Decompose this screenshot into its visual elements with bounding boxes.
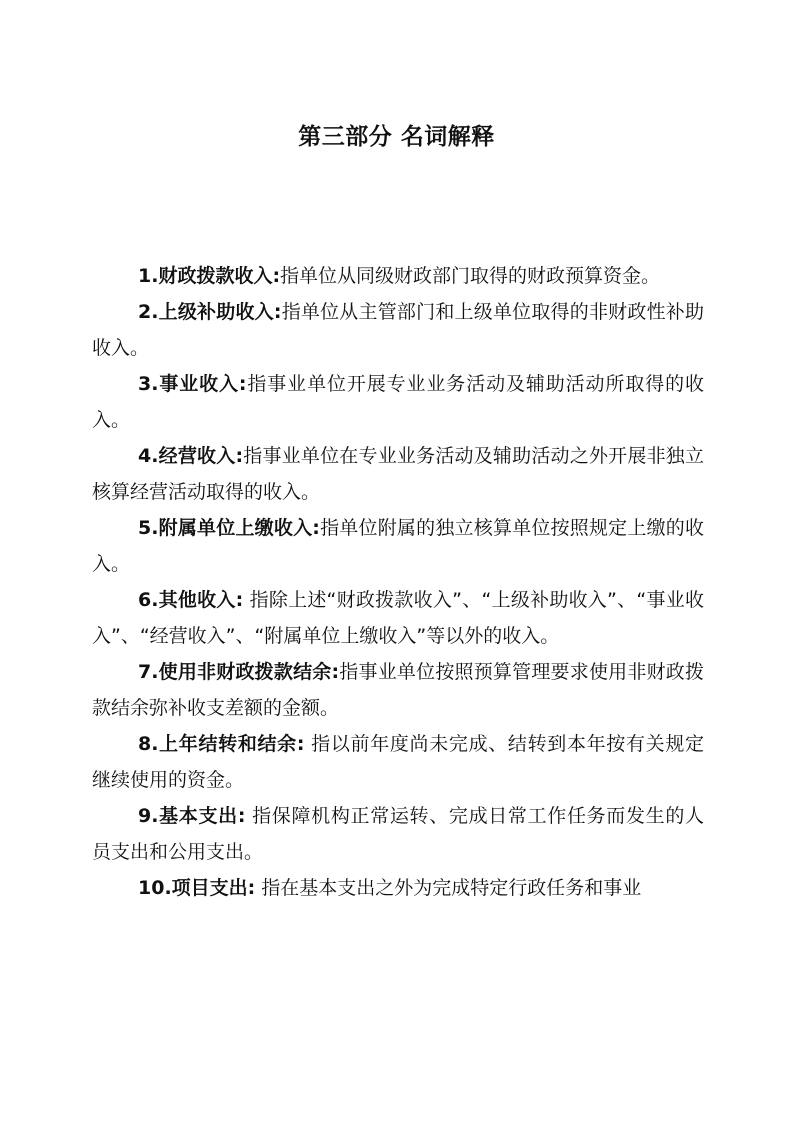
term-label: 10.项目支出: [138,877,255,899]
term-label: 4.经营收入: [138,445,243,467]
term-label: 6.其他收入: [138,589,243,611]
term-label: 5.附属单位上缴收入: [138,517,320,539]
term-label: 8.上年结转和结余: [138,733,304,755]
definition-item: 7.使用非财政拨款结余:指事业单位按照预算管理要求使用非财政拨款结余弥补收支差额… [92,654,704,726]
page-title: 第三部分 名词解释 [0,118,793,151]
definition-item: 2.上级补助收入:指单位从主管部门和上级单位取得的非财政性补助收入。 [92,294,704,366]
definition-item: 8.上年结转和结余: 指以前年度尚未完成、结转到本年按有关规定继续使用的资金。 [92,726,704,798]
definition-item: 6.其他收入: 指除上述“财政拨款收入”、“上级补助收入”、“事业收入”、“经营… [92,582,704,654]
definitions-list: 1.财政拨款收入:指单位从同级财政部门取得的财政预算资金。 2.上级补助收入:指… [92,258,704,906]
term-label: 7.使用非财政拨款结余: [138,661,339,683]
definition-item: 1.财政拨款收入:指单位从同级财政部门取得的财政预算资金。 [92,258,704,294]
definition-item: 5.附属单位上缴收入:指单位附属的独立核算单位按照规定上缴的收入。 [92,510,704,582]
term-label: 2.上级补助收入: [138,301,281,323]
term-label: 1.财政拨款收入: [138,265,280,287]
term-label: 3.事业收入: [138,373,247,395]
definition-item: 10.项目支出: 指在基本支出之外为完成特定行政任务和事业 [92,870,704,906]
definition-item: 3.事业收入:指事业单位开展专业业务活动及辅助活动所取得的收入。 [92,366,704,438]
definition-item: 9.基本支出: 指保障机构正常运转、完成日常工作任务而发生的人员支出和公用支出。 [92,798,704,870]
term-label: 9.基本支出: [138,805,245,827]
term-definition: 指在基本支出之外为完成特定行政任务和事业 [255,877,641,899]
definition-item: 4.经营收入:指事业单位在专业业务活动及辅助活动之外开展非独立核算经营活动取得的… [92,438,704,510]
term-definition: 指单位从同级财政部门取得的财政预算资金。 [280,265,660,287]
